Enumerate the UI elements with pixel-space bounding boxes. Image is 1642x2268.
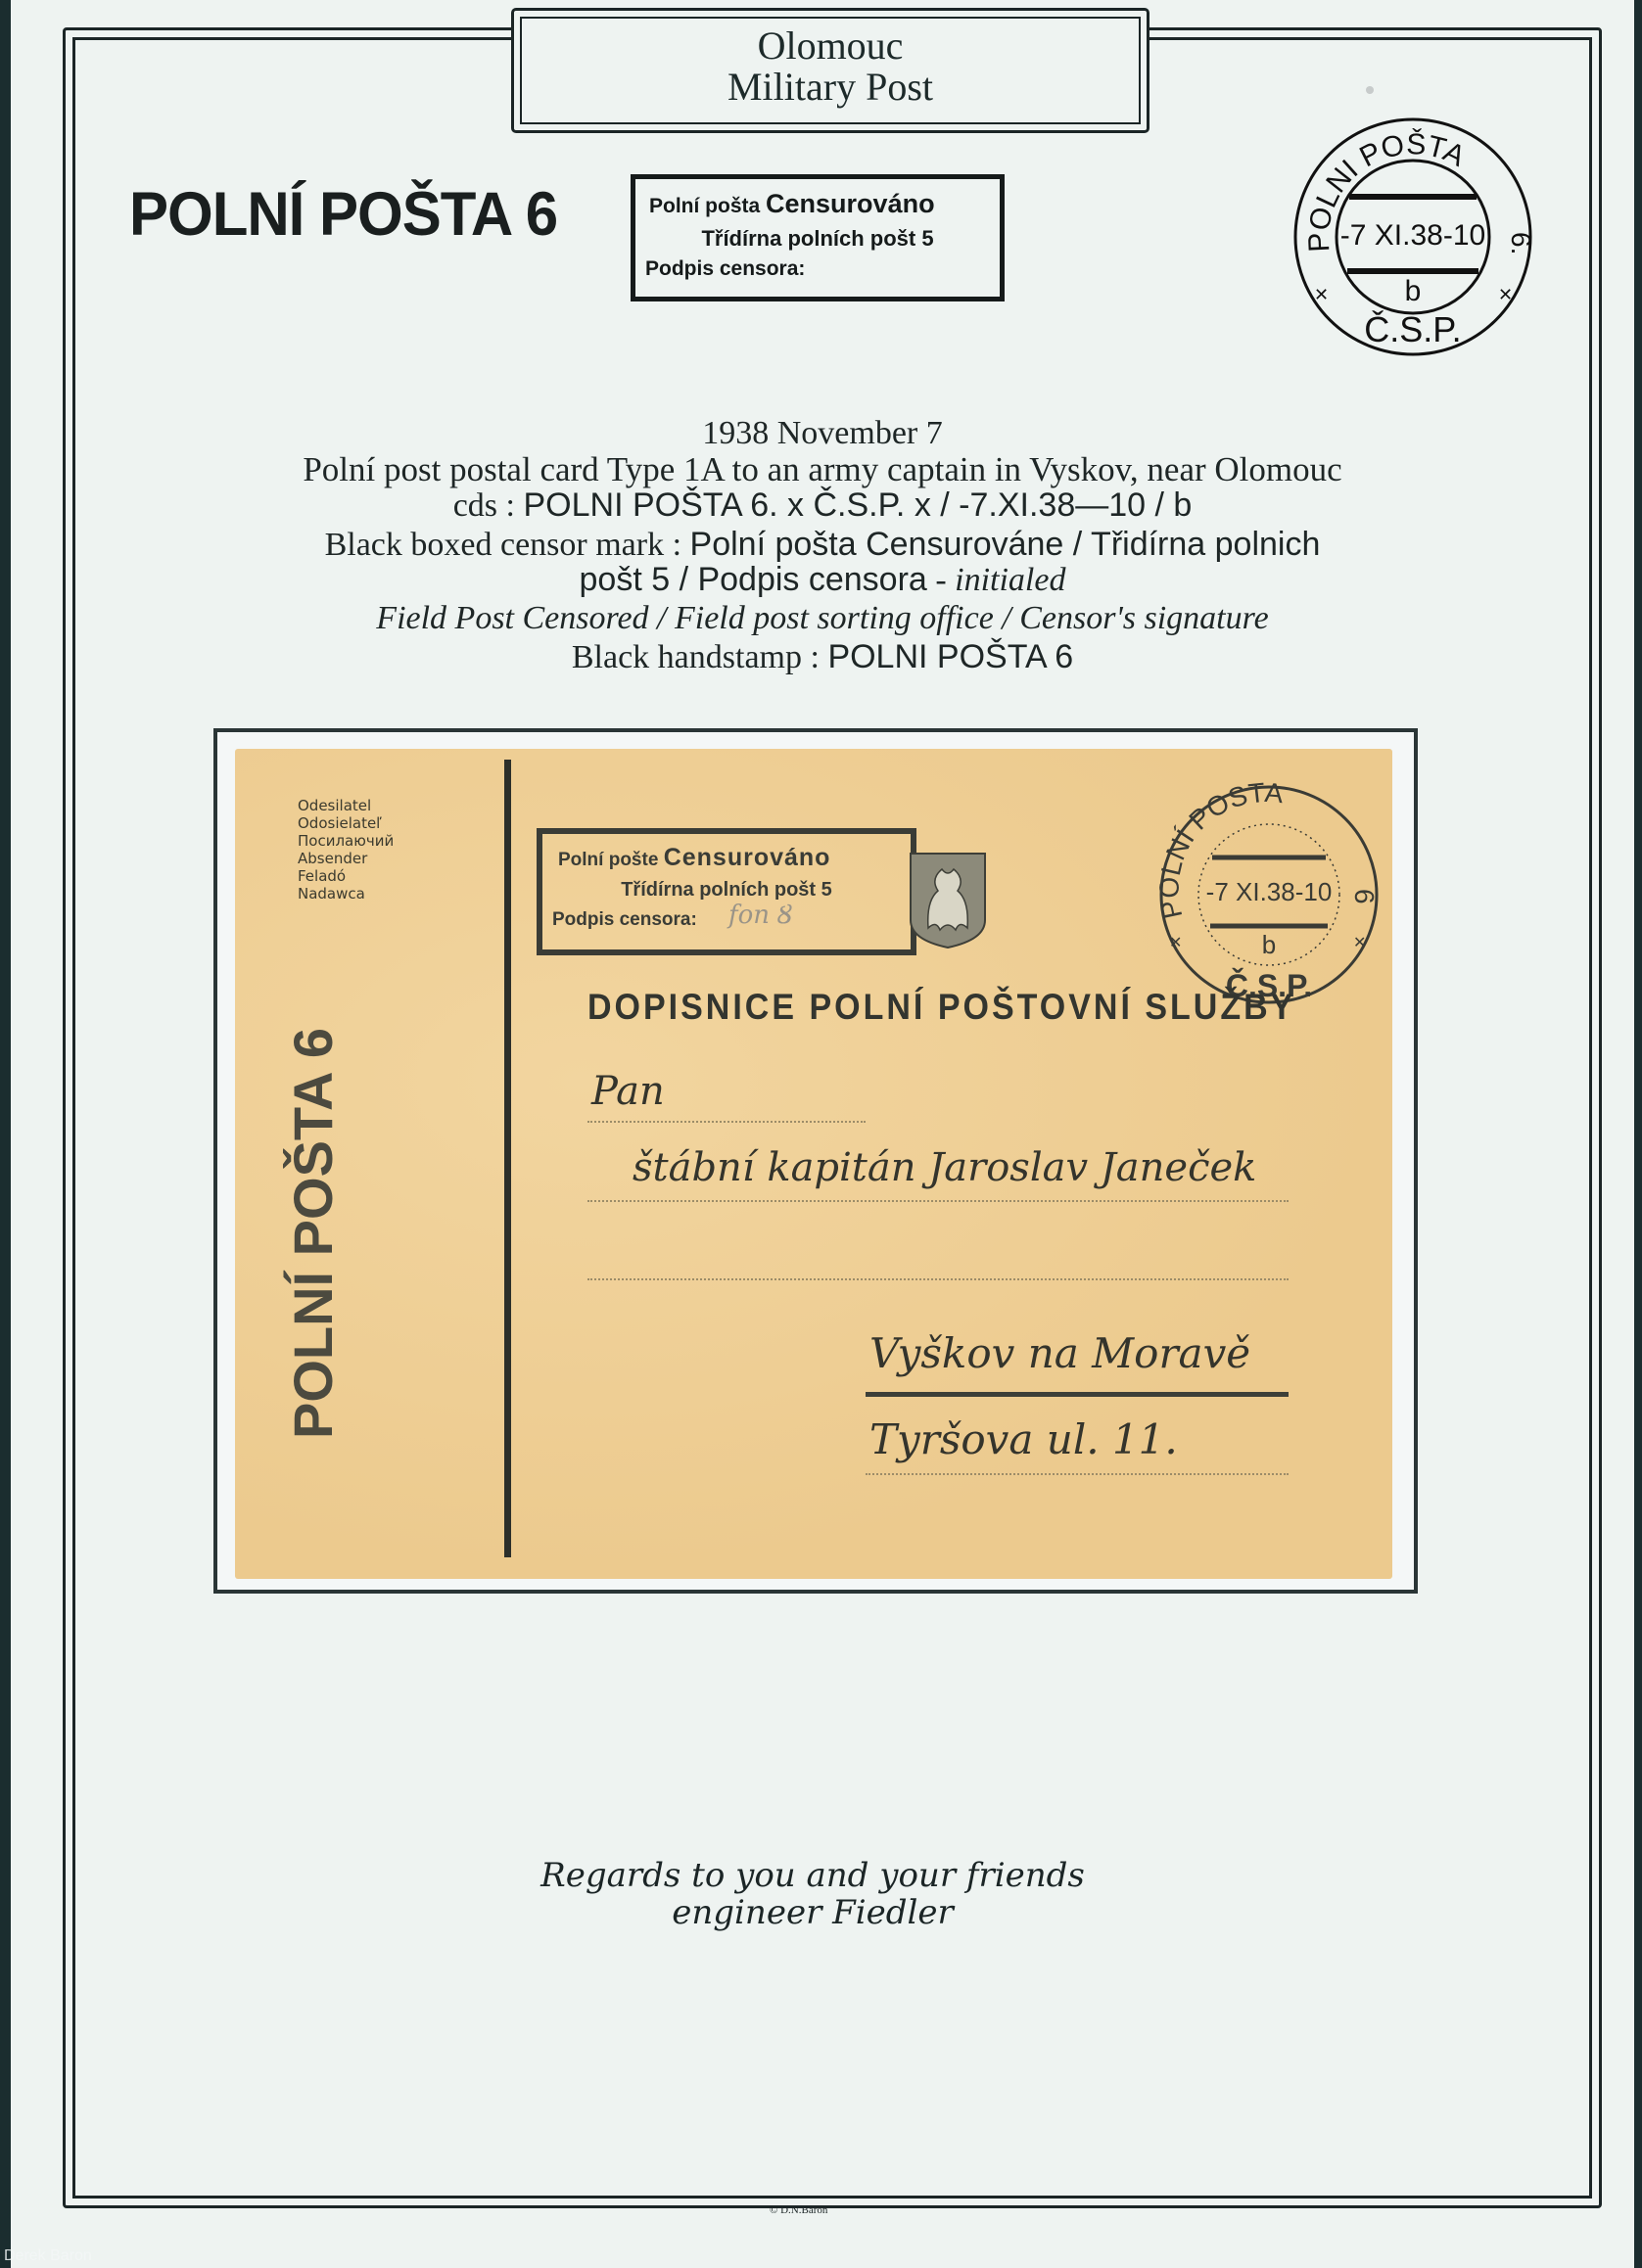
description-censor-value-b: pošt 5 / Podpis censora [580, 561, 927, 598]
description-censor-value-a: Polní pošta Censurováne / Třidírna polni… [690, 526, 1321, 563]
cds-star-right-icon: ✕ [1353, 935, 1366, 951]
sender-label: Посилаючий [298, 832, 394, 850]
sender-label: Odesilatel [298, 797, 394, 814]
lion-emblem-stamp-icon [909, 852, 987, 949]
page-title: Olomouc [514, 24, 1147, 68]
cds-date: -7 XI.38-10 [1340, 219, 1485, 252]
scan-speck [1366, 86, 1374, 94]
description-translation: Field Post Censored / Field post sorting… [176, 600, 1469, 637]
censor-line1-bold: Censurováno [664, 844, 831, 871]
description-handstamp-value: POLNI POŠTA 6 [827, 638, 1073, 675]
copyright: © D.N.Baron [770, 2204, 827, 2216]
address-dotted-line [587, 1200, 1289, 1202]
description-censor-cont: pošt 5 / Podpis censora - initialed [176, 561, 1469, 599]
description-date: 1938 November 7 [176, 415, 1469, 452]
cds-star-left-icon: ✕ [1314, 285, 1329, 304]
postcard-sender-labels: Odesilatel Odosielateľ Посилаючий Absend… [298, 797, 394, 903]
cds-star-left-icon: ✕ [1169, 935, 1182, 951]
address-dotted-line [587, 1278, 1289, 1280]
cds-star-right-icon: ✕ [1498, 285, 1513, 304]
address-city-underline [866, 1392, 1289, 1397]
description-card-type: Polní post postal card Type 1A to an arm… [176, 450, 1469, 489]
illustration-cds-postmark: POLNI POŠTA -7 XI.38-10 b 6. Č.S.P. ✕ ✕ [1290, 115, 1535, 359]
description-cds-label: cds : [453, 487, 524, 524]
note-line1: Regards to you and your friends [411, 1856, 1214, 1895]
sender-label: Absender [298, 850, 394, 867]
postcard-side-handstamp: POLNÍ POŠTA 6 [281, 1028, 345, 1439]
illustration-handstamp: POLNÍ POŠTA 6 [129, 178, 557, 249]
note-line2: engineer Fiedler [411, 1893, 1214, 1932]
censor-line1: Polní pošte Censurováno [558, 844, 830, 872]
postcard-title: DOPISNICE POLNÍ POŠTOVNÍ SLUŽBY [587, 987, 1295, 1029]
watermark: Derek Baron [4, 2247, 92, 2265]
postcard-divider [504, 760, 511, 1557]
censor-line1-bold: Censurováno [766, 189, 935, 218]
address-dotted-line [866, 1473, 1289, 1475]
description-censor-label: Black boxed censor mark : [325, 527, 690, 563]
address-city: Vyškov na Moravě [869, 1329, 1250, 1377]
illustration-censor-mark: Polní pošta Censurováno Třídírna polních… [631, 174, 1005, 301]
address-name: štábní kapitán Jaroslav Janeček [633, 1145, 1256, 1190]
censor-initials: fon Ȣ [728, 901, 792, 930]
cds-bottom-arc: Č.S.P. [1364, 309, 1461, 349]
cds-number: 6. [1506, 232, 1535, 255]
page-title-box: Olomouc Military Post [511, 8, 1149, 133]
description-handstamp-label: Black handstamp : [572, 639, 828, 675]
cds-sub: b [1262, 930, 1276, 959]
censor-line1-prefix: Polní pošte [558, 850, 658, 870]
sender-label: Odosielateľ [298, 814, 394, 832]
censor-line2: Třídírna polních pošt 5 [635, 226, 1000, 252]
address-street: Tyršova ul. 11. [869, 1415, 1178, 1463]
postcard-censor-mark: Polní pošte Censurováno Třídírna polních… [537, 828, 916, 955]
censor-line1: Polní pošta Censurováno [649, 189, 935, 219]
cds-number: 6 [1349, 889, 1380, 904]
description-cds-value: POLNI POŠTA 6. x Č.S.P. x / -7.XI.38—10 … [523, 486, 1192, 524]
address-dotted-line [587, 1121, 866, 1123]
scan-edge-right [1634, 0, 1642, 2268]
description-censor-note: - initialed [927, 562, 1066, 598]
censor-line3: Podpis censora: [645, 257, 805, 281]
description-cds: cds : POLNI POŠTA 6. x Č.S.P. x / -7.XI.… [176, 486, 1469, 525]
censor-line2: Třídírna polních pošt 5 [542, 879, 911, 902]
address-salutation: Pan [591, 1069, 665, 1114]
postcard-cds-postmark: POLNÍ POSTA -7 XI.38-10 b 6 Č.S.P. ✕ ✕ [1153, 779, 1384, 1010]
page-subtitle: Military Post [514, 66, 1147, 109]
scan-edge-left [0, 0, 11, 2268]
censor-line1-prefix: Polní pošta [649, 195, 760, 217]
sender-label: Feladó [298, 867, 394, 885]
cds-sub: b [1405, 275, 1422, 307]
sender-label: Nadawca [298, 885, 394, 903]
description-handstamp: Black handstamp : POLNI POŠTA 6 [176, 638, 1469, 676]
censor-line3: Podpis censora: [552, 909, 697, 931]
cds-date: -7 XI.38-10 [1206, 877, 1333, 906]
description-censor: Black boxed censor mark : Polní pošta Ce… [176, 526, 1469, 564]
